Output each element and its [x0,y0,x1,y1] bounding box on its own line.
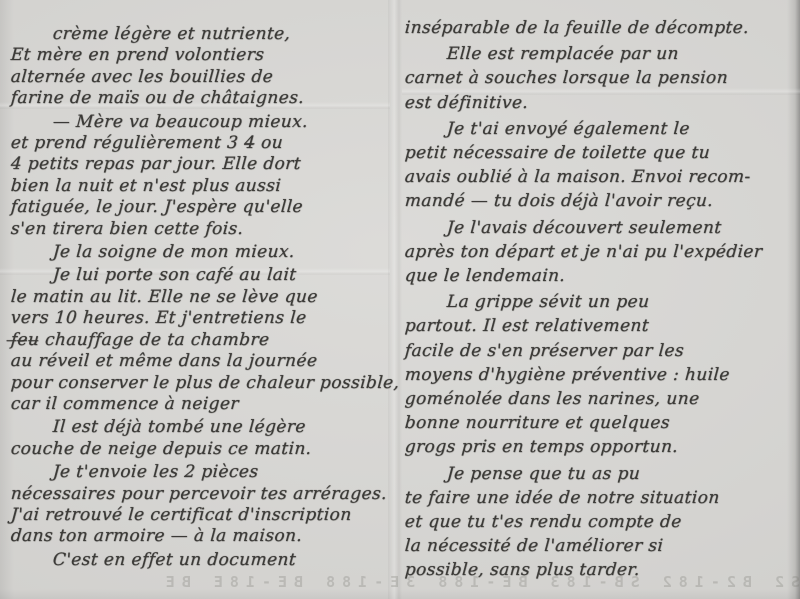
handwritten-line: nécessaires pour percevoir tes arrérages… [10,484,387,505]
handwritten-line: avais oublié à la maison. Envoi recom- [404,165,798,189]
handwritten-line: et prend régulièrement 3 4̶ ou [10,133,387,154]
handwritten-line: la nécessité de l'améliorer si [404,534,798,558]
handwritten-line: dans ton armoire — à la maison. [10,526,387,547]
handwritten-line: moyens d'hygiène préventive : huile [404,363,798,387]
handwritten-line: J'ai retrouvé le certificat d'inscriptio… [10,505,387,526]
handwritten-line: Je lui porte son café au lait [10,265,387,286]
handwritten-line: Il est déjà tombé une légère [10,417,387,438]
document-scan: { "colors": { "paper": "#d8d7d4", "ink":… [0,0,800,599]
handwritten-line: Et mère en prend volontiers [10,45,387,66]
handwritten-line: farine de maïs ou de châtaignes. [10,88,387,109]
handwritten-line: carnet à souches lorsque la pension [404,66,798,90]
handwritten-line: grogs pris en temps opportun. [404,435,798,459]
handwritten-line: et que tu t'es rendu compte de [404,510,798,534]
handwritten-line: te faire une idée de notre situation [404,486,798,510]
handwritten-line: fatiguée, le jour. J'espère qu'elle [10,197,387,218]
handwritten-line: mandé — tu dois déjà l'avoir reçu. [404,189,798,213]
handwritten-line: facile de s'en préserver par les [404,339,798,363]
handwritten-line: Je t'ai envoyé également le [404,117,798,141]
handwritten-line: au réveil et même dans la journée [10,351,387,372]
handwritten-line: partout. Il est relativement [404,314,798,338]
handwritten-line: Elle est remplacée par un [404,42,798,66]
handwritten-line: Je l'avais découvert seulement [404,216,798,240]
handwritten-line: alternée avec les bouillies de [10,67,387,88]
handwritten-line: que le lendemain. [404,264,798,288]
handwritten-line: car il commence à neiger [10,394,387,415]
handwritten-line: bonne nourriture et quelques [404,411,798,435]
handwritten-line: Je la soigne de mon mieux. [10,242,387,263]
handwritten-line: couche de neige depuis ce matin. [10,439,387,460]
left-page-handwritten-text: crème légère et nutriente,Et mère en pre… [10,22,386,571]
handwritten-line: après ton départ et je n'ai pu l'expédie… [404,240,798,264]
handwritten-line: La grippe sévit un peu [404,290,798,314]
handwritten-line: Je t'envoie les 2 pièces [10,462,387,483]
handwritten-line: inséparable de la feuille de décompte. [404,16,798,40]
handwritten-line: vers 10 heures. Et j'entretiens le [10,308,387,329]
handwritten-line: petit nécessaire de toilette que tu [404,141,798,165]
right-page-handwritten-text: inséparable de la feuille de décompte.El… [404,16,796,583]
handwritten-line: s'en tirera bien cette fois. [10,219,387,240]
handwritten-line: 4 petits repas par jour. Elle dort [10,154,387,175]
ink-bleed-through-stamp: S2 B2-182 SB-183 BE-188 3E-188 BE-18E BE [0,573,800,591]
handwritten-line: est définitive. [404,91,798,115]
handwritten-line: f̶e̶u̶ chauffage de ta chambre [10,330,387,351]
handwritten-line: C'est en effet un document [10,550,387,571]
center-page-seam [388,0,402,599]
handwritten-line: bien la nuit et n'est plus aussi [10,176,387,197]
handwritten-line: crème légère et nutriente, [10,24,387,45]
handwritten-line: goménolée dans les narines, une [404,387,798,411]
handwritten-line: — Mère va beaucoup mieux. [10,112,387,133]
handwritten-line: Je pense que tu as pu [404,462,798,486]
handwritten-line: le matin au lit. Elle ne se lève que [10,287,387,308]
handwritten-line: pour conserver le plus de chaleur possib… [10,373,387,394]
